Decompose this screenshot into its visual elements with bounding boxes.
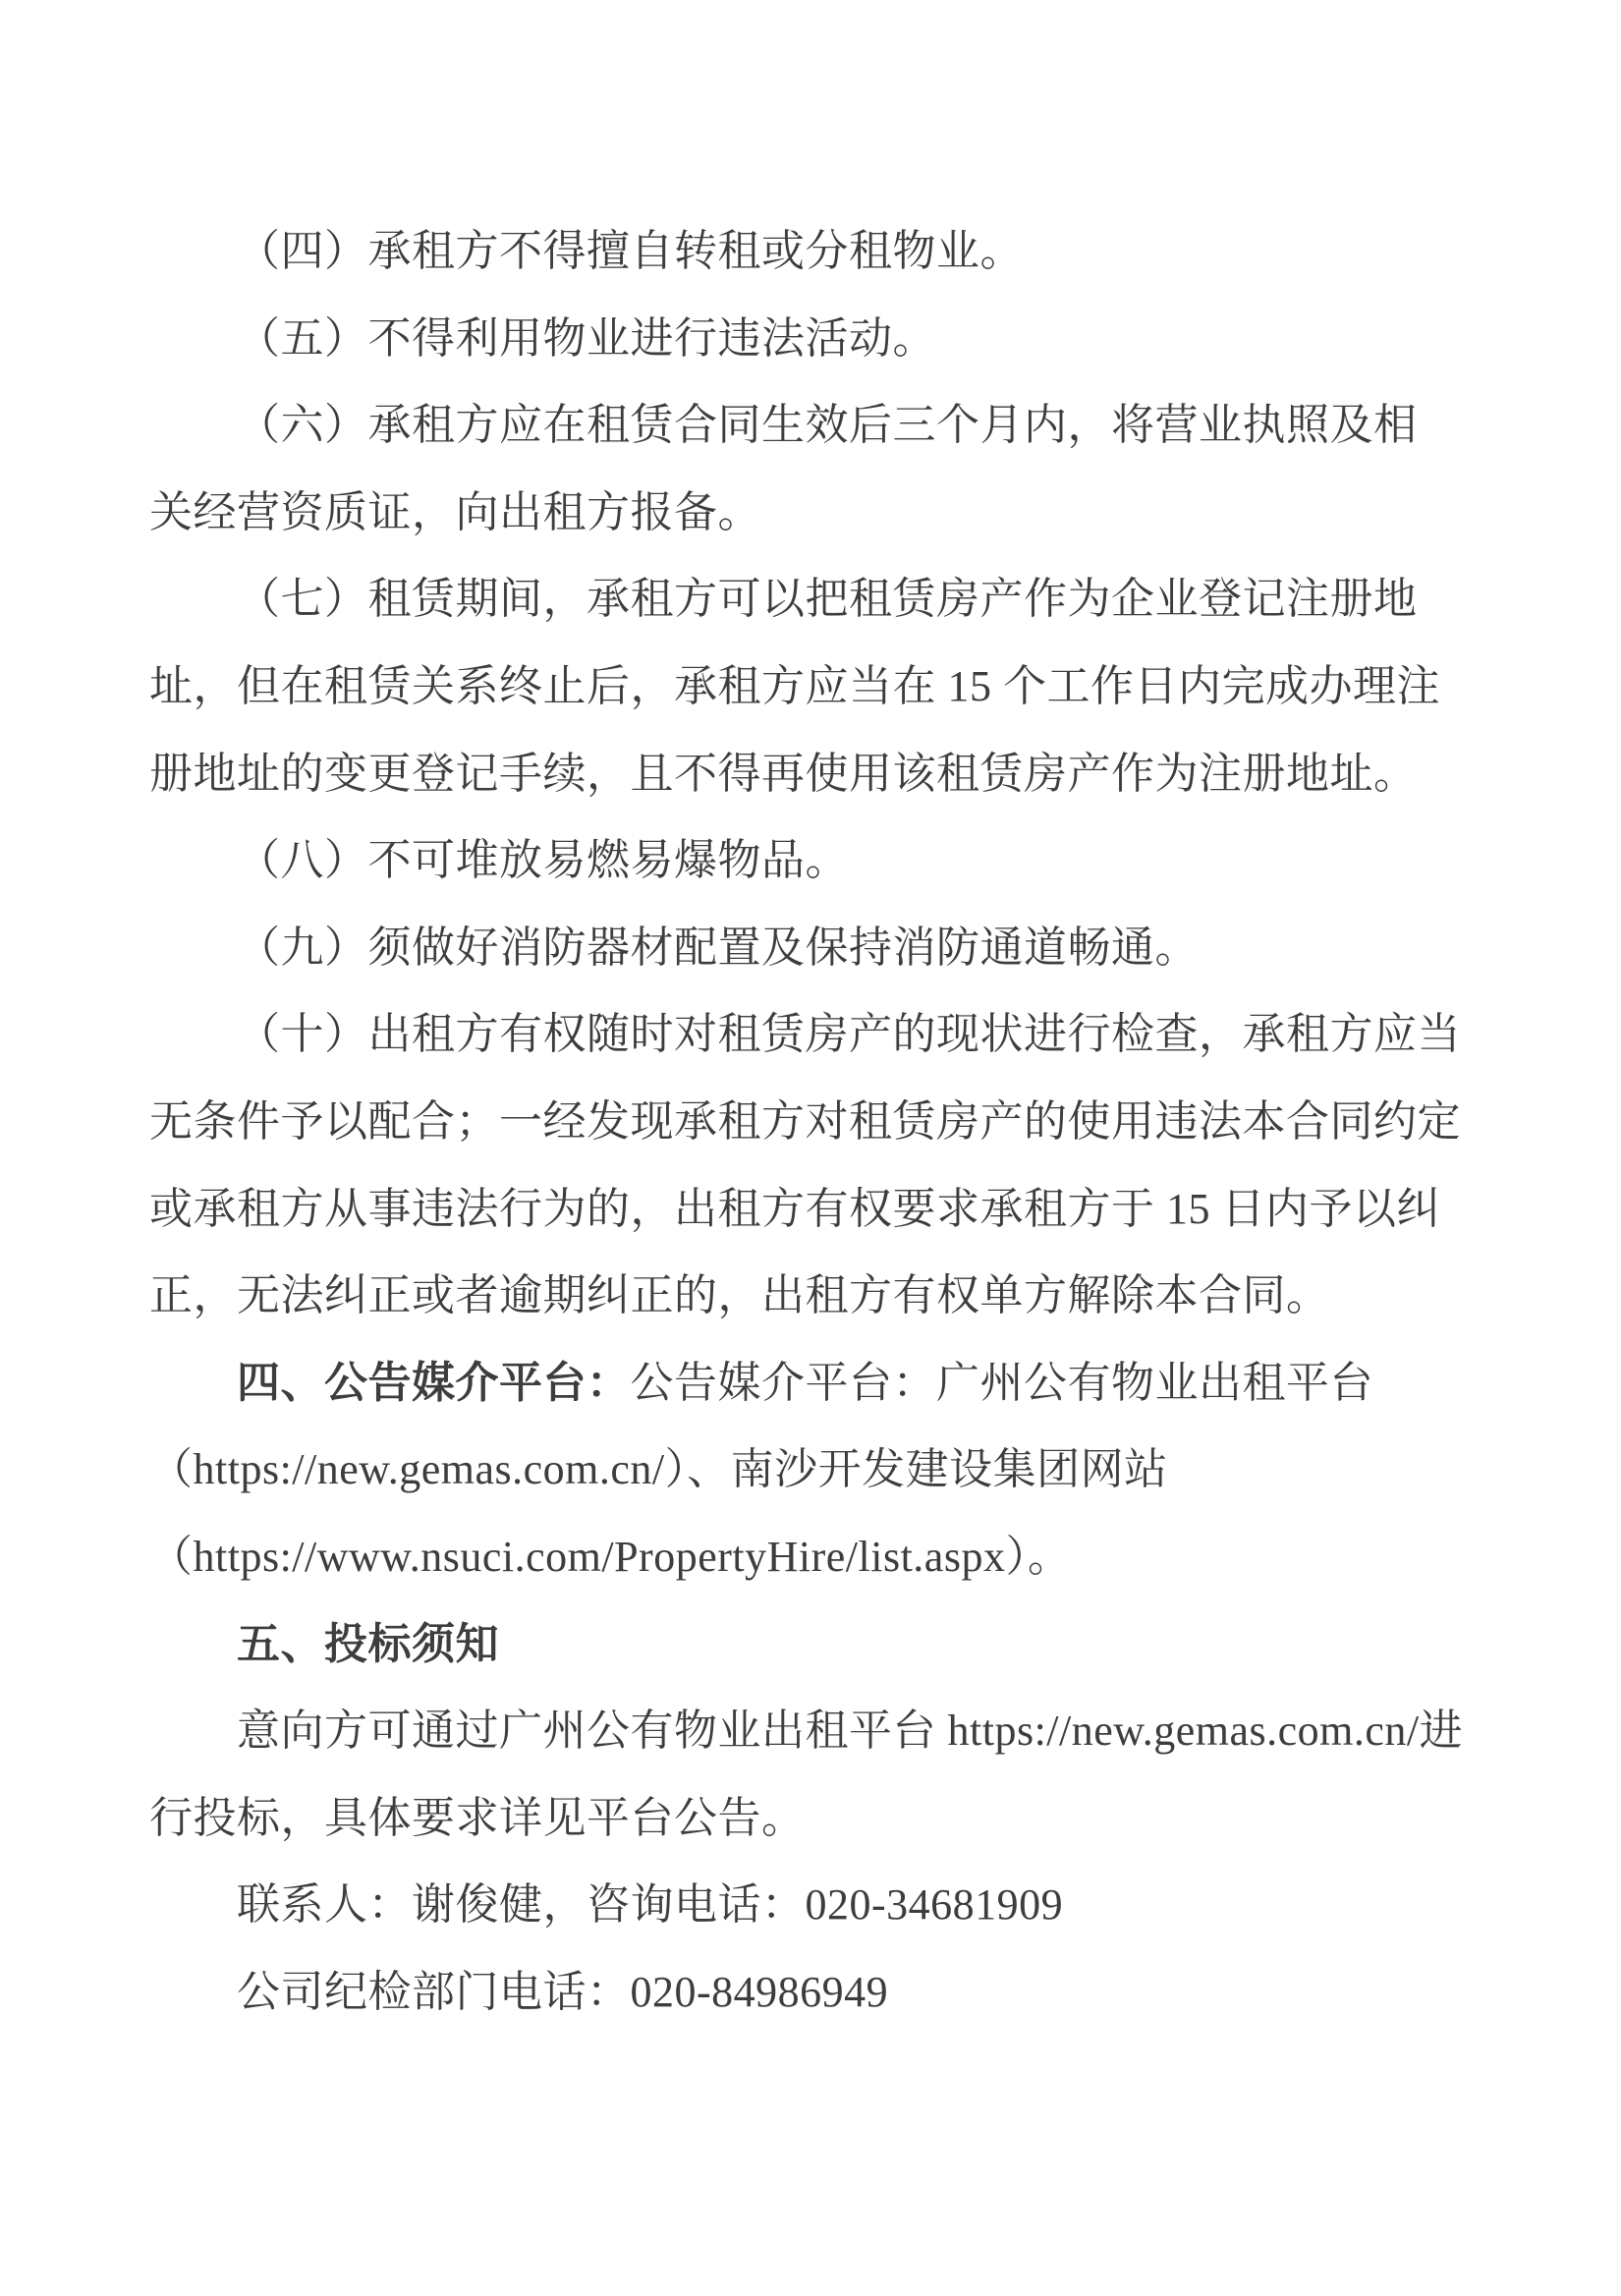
- bidding-instructions-line-1: 意向方可通过广州公有物业出租平台 https://new.gemas.com.c…: [149, 1688, 1474, 1775]
- media-platform-url-gemas: （https://new.gemas.com.cn/）、南沙开发建设集团网站: [149, 1427, 1474, 1514]
- doc-line-item-6-cont: 关经营资质证，向出租方报备。: [149, 470, 1474, 557]
- document-page: （四）承租方不得擅自转租或分租物业。 （五）不得利用物业进行违法活动。 （六）承…: [0, 0, 1621, 2296]
- doc-line-item-7-cont-1: 址，但在租赁关系终止后，承租方应当在 15 个工作日内完成办理注: [149, 644, 1474, 731]
- discipline-phone-line: 公司纪检部门电话：020-84986949: [149, 1949, 1474, 2037]
- doc-line-item-4: （四）承租方不得擅自转租或分租物业。: [149, 208, 1474, 296]
- doc-line-item-7: （七）租赁期间，承租方可以把租赁房产作为企业登记注册地: [149, 556, 1474, 644]
- media-platform-text: 公告媒介平台：广州公有物业出租平台: [631, 1359, 1374, 1407]
- doc-line-item-6: （六）承租方应在租赁合同生效后三个月内，将营业执照及相: [149, 382, 1474, 470]
- doc-line-item-10-cont-1: 无条件予以配合；一经发现承租方对租赁房产的使用违法本合同约定: [149, 1079, 1474, 1166]
- doc-line-item-10: （十）出租方有权随时对租赁房产的现状进行检查，承租方应当: [149, 991, 1474, 1079]
- bidding-instructions-line-2: 行投标，具体要求详见平台公告。: [149, 1775, 1474, 1863]
- doc-line-item-9: （九）须做好消防器材配置及保持消防通道畅通。: [149, 905, 1474, 992]
- doc-line-item-10-cont-3: 正，无法纠正或者逾期纠正的，出租方有权单方解除本合同。: [149, 1253, 1474, 1340]
- media-platform-url-nsuci: （https://www.nsuci.com/PropertyHire/list…: [149, 1514, 1474, 1601]
- doc-line-item-7-cont-2: 册地址的变更登记手续，且不得再使用该租赁房产作为注册地址。: [149, 731, 1474, 818]
- contact-info-line: 联系人：谢俊健，咨询电话：020-34681909: [149, 1862, 1474, 1949]
- section-heading-media-platform: 四、公告媒介平台：公告媒介平台：广州公有物业出租平台: [149, 1340, 1474, 1428]
- doc-line-item-8: （八）不可堆放易燃易爆物品。: [149, 817, 1474, 905]
- doc-line-item-5: （五）不得利用物业进行违法活动。: [149, 296, 1474, 383]
- section-heading-bidding-notice: 五、投标须知: [149, 1601, 1474, 1689]
- doc-line-item-10-cont-2: 或承租方从事违法行为的，出租方有权要求承租方于 15 日内予以纠: [149, 1166, 1474, 1254]
- section-heading-media-platform-label: 四、公告媒介平台：: [237, 1359, 631, 1407]
